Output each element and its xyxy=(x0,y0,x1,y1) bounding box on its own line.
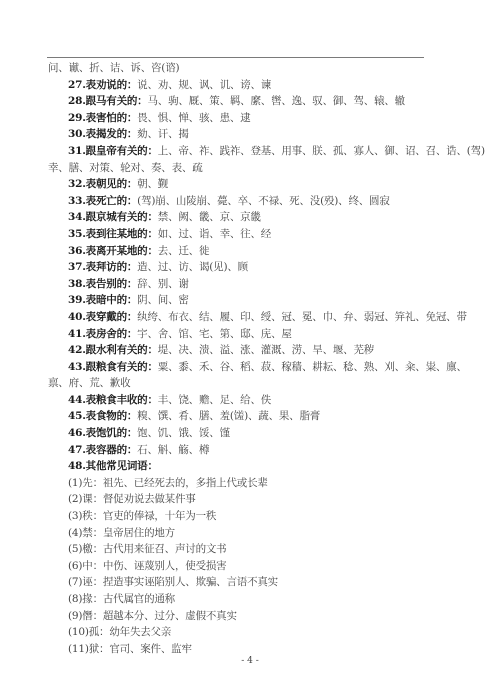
item-body: 纨绔、布衣、结、履、印、绶、冠、冕、巾、弁、弱冠、笄礼、免冠、带 xyxy=(137,311,467,323)
item-44: 44.表粮食丰收的：丰、饶、赡、足、给、佚 xyxy=(48,392,448,409)
item-heading: 30.表揭发的： xyxy=(68,128,137,140)
item-43: 43.跟粮食有关的：粟、黍、禾、谷、稻、菽、稼穑、耕耘、稔、熟、刈、籴、粜、廪、 xyxy=(48,359,448,376)
item-heading: 45.表食物的： xyxy=(68,410,137,422)
item-47: 47.表容器的：石、斛、觞、樽 xyxy=(48,442,448,459)
item-31-continuation: 幸、膳、对策、轮对、奏、表、疏 xyxy=(48,160,448,177)
item-48: 48.其他常见词语： xyxy=(48,458,448,475)
item-body: 堤、决、溃、溢、涨、灌溉、涝、旱、堰、芜秽 xyxy=(158,344,374,356)
sub-item-6: (6)中：中伤、诬蔑别人，使受损害 xyxy=(48,558,448,575)
item-heading: 47.表容器的： xyxy=(68,444,137,456)
item-body: 粟、黍、禾、谷、稻、菽、稼穑、耕耘、稔、熟、刈、籴、粜、廪、 xyxy=(158,361,467,373)
item-heading: 35.表到往某地的： xyxy=(68,228,158,240)
page-number: - 4 - xyxy=(0,656,500,666)
sub-item-11: (11)狱：官司、案件、监牢 xyxy=(48,641,448,658)
item-37: 37.表拜访的：造、过、访、谒(见)、顾 xyxy=(48,259,448,276)
item-heading: 40.表穿戴的： xyxy=(68,311,137,323)
item-body: 饱、饥、饿、馁、馑 xyxy=(137,427,230,439)
item-body: 上、帝、祚、践祚、登基、用事、朕、孤、寡人、御、诏、召、诰、(驾) xyxy=(158,145,485,157)
item-40: 40.表穿戴的：纨绔、布衣、结、履、印、绶、冠、冕、巾、弁、弱冠、笄礼、免冠、带 xyxy=(48,309,448,326)
item-heading: 36.表离开某地的： xyxy=(68,245,158,257)
item-35: 35.表到往某地的：如、过、诣、幸、往、经 xyxy=(48,226,448,243)
item-body: 劾、讦、揭 xyxy=(137,128,189,140)
item-body: 去、迁、徙 xyxy=(158,245,210,257)
header-rule xyxy=(47,57,424,58)
item-28: 28.跟马有关的：马、驹、厩、策、羁、縻、辔、逸、驭、御、驾、辕、辙 xyxy=(48,93,448,110)
item-30: 30.表揭发的：劾、讦、揭 xyxy=(48,126,448,143)
item-45: 45.表食物的：糗、馔、肴、膳、羞(馐)、蔬、果、脂膏 xyxy=(48,408,448,425)
item-41: 41.表房舍的：宇、舍、馆、宅、第、邸、庑、屋 xyxy=(48,326,448,343)
item-34: 34.跟京城有关的：禁、阙、畿、京、京畿 xyxy=(48,209,448,226)
item-39: 39.表暗中的：阴、间、密 xyxy=(48,292,448,309)
item-body: 畏、惧、惮、骇、患、逮 xyxy=(137,112,250,124)
item-body: 说、劝、规、讽、讥、谤、谏 xyxy=(137,79,271,91)
item-heading: 31.跟皇帝有关的： xyxy=(68,145,158,157)
continuation-line: 问、谳、折、诘、诉、咨(谘) xyxy=(48,60,448,77)
item-body: 辞、别、谢 xyxy=(137,278,189,290)
item-46: 46.表饱饥的：饱、饥、饿、馁、馑 xyxy=(48,425,448,442)
item-body: 禁、阙、畿、京、京畿 xyxy=(158,211,261,223)
item-heading: 27.表劝说的： xyxy=(68,79,137,91)
item-32: 32.表朝见的：朝、觐 xyxy=(48,176,448,193)
sub-item-9: (9)僭：超越本分、过分、虚假不真实 xyxy=(48,608,448,625)
sub-item-8: (8)掾：古代属官的通称 xyxy=(48,591,448,608)
item-33: 33.表死亡的：(驾)崩、山陵崩、薨、卒、不禄、死、没(殁)、终、圆寂 xyxy=(48,193,448,210)
item-heading: 43.跟粮食有关的： xyxy=(68,361,158,373)
sub-item-2: (2)课：督促劝说去做某件事 xyxy=(48,491,448,508)
item-heading: 46.表饱饥的： xyxy=(68,427,137,439)
item-heading: 41.表房舍的： xyxy=(68,328,137,340)
sub-item-3: (3)秩：官吏的俸禄，十年为一秩 xyxy=(48,508,448,525)
item-body: 丰、饶、赡、足、给、佚 xyxy=(158,394,271,406)
item-heading: 44.表粮食丰收的： xyxy=(68,394,158,406)
item-27: 27.表劝说的：说、劝、规、讽、讥、谤、谏 xyxy=(48,77,448,94)
sub-item-1: (1)先：祖先、已经死去的，多指上代或长辈 xyxy=(48,475,448,492)
sub-item-4: (4)禁：皇帝居住的地方 xyxy=(48,525,448,542)
page-content: 问、谳、折、诘、诉、咨(谘) 27.表劝说的：说、劝、规、讽、讥、谤、谏 28.… xyxy=(48,60,448,657)
item-body: 马、驹、厩、策、羁、縻、辔、逸、驭、御、驾、辕、辙 xyxy=(147,95,405,107)
item-heading: 34.跟京城有关的： xyxy=(68,211,158,223)
item-heading: 39.表暗中的： xyxy=(68,294,137,306)
item-heading: 42.跟水利有关的： xyxy=(68,344,158,356)
sub-item-5: (5)檄：古代用来征召、声讨的文书 xyxy=(48,541,448,558)
item-heading: 33.表死亡的： xyxy=(68,195,137,207)
item-body: 阴、间、密 xyxy=(137,294,189,306)
item-heading: 28.跟马有关的： xyxy=(68,95,147,107)
item-heading: 48.其他常见词语： xyxy=(68,460,158,472)
item-heading: 38.表告别的： xyxy=(68,278,137,290)
item-38: 38.表告别的：辞、别、谢 xyxy=(48,276,448,293)
item-body: 朝、觐 xyxy=(137,178,168,190)
sub-item-10: (10)孤：幼年失去父亲 xyxy=(48,624,448,641)
item-heading: 37.表拜访的： xyxy=(68,261,137,273)
item-31: 31.跟皇帝有关的：上、帝、祚、践祚、登基、用事、朕、孤、寡人、御、诏、召、诰、… xyxy=(48,143,448,160)
item-body: 宇、舍、馆、宅、第、邸、庑、屋 xyxy=(137,328,292,340)
item-heading: 32.表朝见的： xyxy=(68,178,137,190)
item-body: 造、过、访、谒(见)、顾 xyxy=(137,261,248,273)
item-body: 石、斛、觞、樽 xyxy=(137,444,209,456)
item-36: 36.表离开某地的：去、迁、徙 xyxy=(48,243,448,260)
item-body: 糗、馔、肴、膳、羞(馐)、蔬、果、脂膏 xyxy=(137,410,320,422)
item-29: 29.表害怕的：畏、惧、惮、骇、患、逮 xyxy=(48,110,448,127)
sub-item-7: (7)诬：捏造事实诬陷别人、欺骗、言语不真实 xyxy=(48,574,448,591)
item-42: 42.跟水利有关的：堤、决、溃、溢、涨、灌溉、涝、旱、堰、芜秽 xyxy=(48,342,448,359)
item-heading: 29.表害怕的： xyxy=(68,112,137,124)
item-body: 如、过、诣、幸、往、经 xyxy=(158,228,271,240)
item-body: (驾)崩、山陵崩、薨、卒、不禄、死、没(殁)、终、圆寂 xyxy=(137,195,390,207)
item-43-continuation: 禀、府、荒、歉收 xyxy=(48,375,448,392)
